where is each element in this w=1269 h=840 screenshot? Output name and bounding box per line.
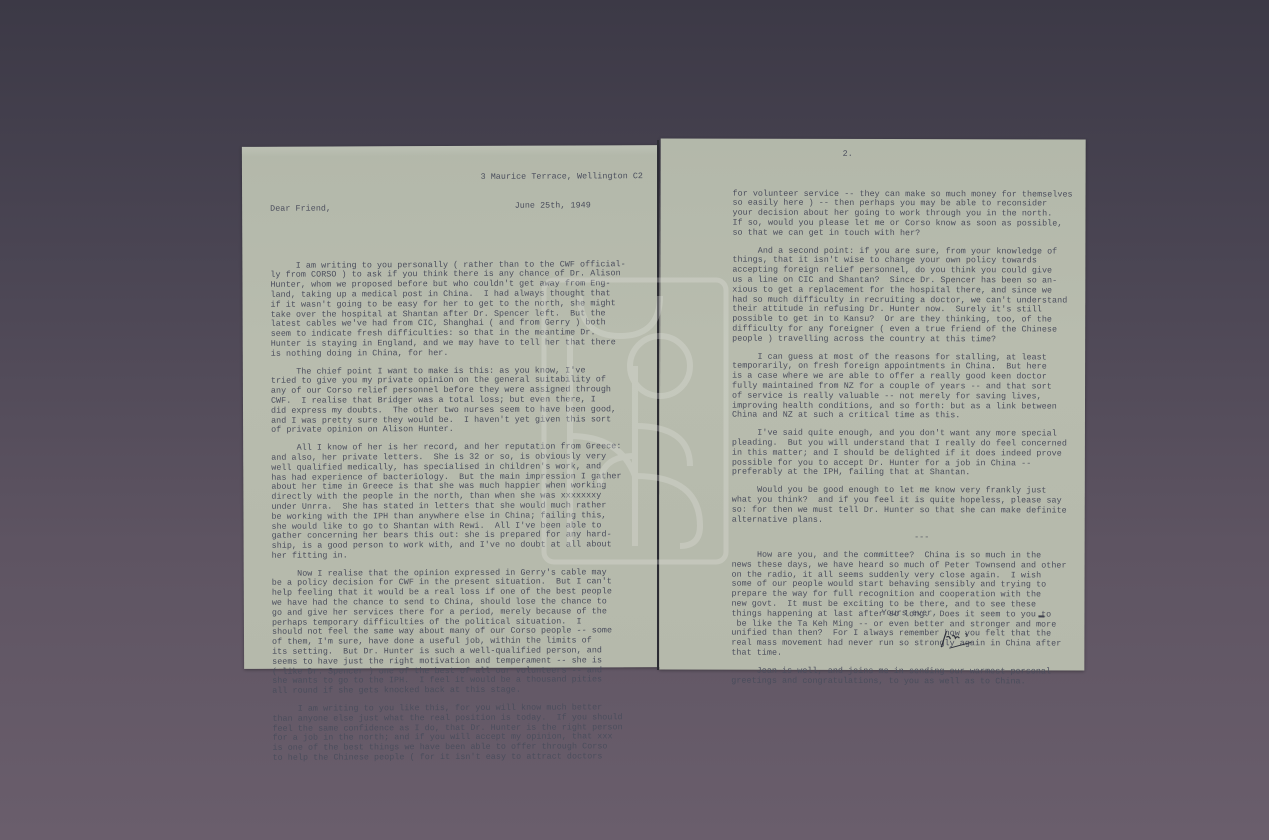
paragraph: All I know of her is her record, and her… [271, 442, 627, 561]
text-line: alternative plans. [732, 515, 1072, 526]
ink-mark [1038, 615, 1044, 617]
paragraph: And a second point: if you are sure, fro… [732, 246, 1072, 345]
text-line: real mass movement had never run so stro… [731, 639, 1071, 650]
paragraph: Jean is well, and joins me in sending ou… [731, 666, 1071, 686]
paragraph: I can guess at most of the reasons for s… [732, 352, 1072, 421]
page-right: 2. for volunteer service -- they can mak… [659, 138, 1085, 670]
letter-body-page1: Dear Friend, I am writing to you persona… [270, 183, 628, 783]
text-line: people ) travelling across the country a… [732, 334, 1072, 345]
address-line: 3 Maurice Terrace, Wellington C2 [481, 172, 643, 183]
paragraph: How are you, and the committee? China is… [731, 551, 1071, 660]
text-line: greetings and congratulations, to you as… [731, 676, 1071, 687]
paragraph: The chief point I want to make is this: … [271, 366, 627, 436]
paragraph: for volunteer service -- they can make s… [732, 189, 1072, 239]
page-left: 3 Maurice Terrace, Wellington C2 June 25… [242, 145, 661, 669]
page1-paragraphs: I am writing to you personally ( rather … [270, 260, 628, 764]
page-number: 2. [843, 150, 853, 160]
paragraph: I am writing to you personally ( rather … [270, 260, 626, 360]
signature [937, 627, 977, 649]
paragraph: Now I realise that the opinion expressed… [272, 568, 628, 697]
text-line: so that we can get in touch with her? [732, 228, 1072, 239]
text-line: China and NZ at such a critical time as … [732, 411, 1072, 422]
paragraph: Would you be good enough to let me know … [732, 486, 1072, 526]
closing: Yours ever, [881, 609, 937, 619]
paragraph: I am writing to you like this, for you w… [272, 703, 628, 763]
text-line: preferably at the IPH, failing that at S… [732, 468, 1072, 479]
text-line: to help the Chinese people ( for it isn'… [273, 752, 628, 763]
paragraph: I've said quite enough, and you don't wa… [732, 429, 1072, 479]
salutation: Dear Friend, [270, 203, 625, 214]
letter-body-page2: for volunteer service -- they can make s… [731, 170, 1072, 707]
